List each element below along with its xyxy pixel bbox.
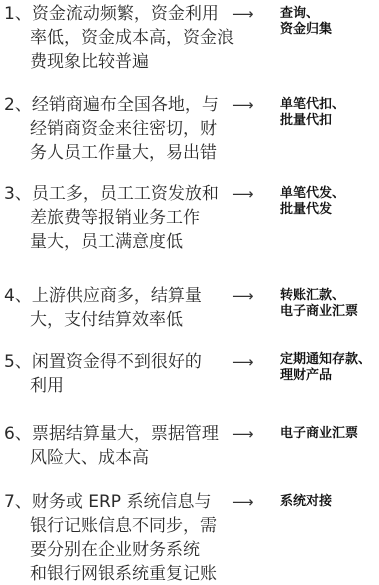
solution-text: 系统对接 bbox=[280, 494, 332, 510]
item-number: 2、 bbox=[4, 95, 32, 115]
solution-text: 单笔代发、 批量代发 bbox=[280, 186, 345, 218]
solution-text: 电子商业汇票 bbox=[280, 426, 358, 442]
right-arrow-icon: ⟶ bbox=[232, 422, 254, 446]
solution-text: 转账汇款、 电子商业汇票 bbox=[280, 288, 358, 320]
right-arrow-icon: ⟶ bbox=[232, 93, 254, 117]
problem-text: 4、上游供应商多，结算量 大，支付结算效率低 bbox=[4, 284, 229, 332]
right-arrow-icon: ⟶ bbox=[232, 284, 254, 308]
item-number: 3、 bbox=[4, 184, 32, 204]
problem-text: 5、闲置资金得不到很好的 利用 bbox=[4, 350, 229, 398]
item-number: 4、 bbox=[4, 286, 32, 306]
item-number: 7、 bbox=[4, 492, 32, 512]
item-number: 1、 bbox=[4, 4, 32, 24]
right-arrow-icon: ⟶ bbox=[232, 2, 254, 26]
item-number: 6、 bbox=[4, 424, 32, 444]
right-arrow-icon: ⟶ bbox=[232, 490, 254, 514]
solution-text: 查询、 资金归集 bbox=[280, 6, 332, 38]
problem-text: 7、财务或 ERP 系统信息与 银行记账信息不同步，需 要分别在企业财务系统 和… bbox=[4, 490, 229, 585]
problem-text: 3、员工多，员工工资发放和 差旅费等报销业务工作 量大，员工满意度低 bbox=[4, 182, 229, 254]
item-number: 5、 bbox=[4, 352, 32, 372]
problem-text: 6、票据结算量大，票据管理 风险大、成本高 bbox=[4, 422, 229, 470]
problem-text: 1、资金流动频繁，资金利用 率低，资金成本高，资金浪 费现象比较普遍 bbox=[4, 2, 229, 74]
right-arrow-icon: ⟶ bbox=[232, 350, 254, 374]
solution-text: 定期通知存款、 理财产品 bbox=[280, 352, 371, 384]
problem-text: 2、经销商遍布全国各地，与 经销商资金来往密切，财 务人员工作量大，易出错 bbox=[4, 93, 229, 165]
solution-text: 单笔代扣、 批量代扣 bbox=[280, 97, 345, 129]
right-arrow-icon: ⟶ bbox=[232, 182, 254, 206]
